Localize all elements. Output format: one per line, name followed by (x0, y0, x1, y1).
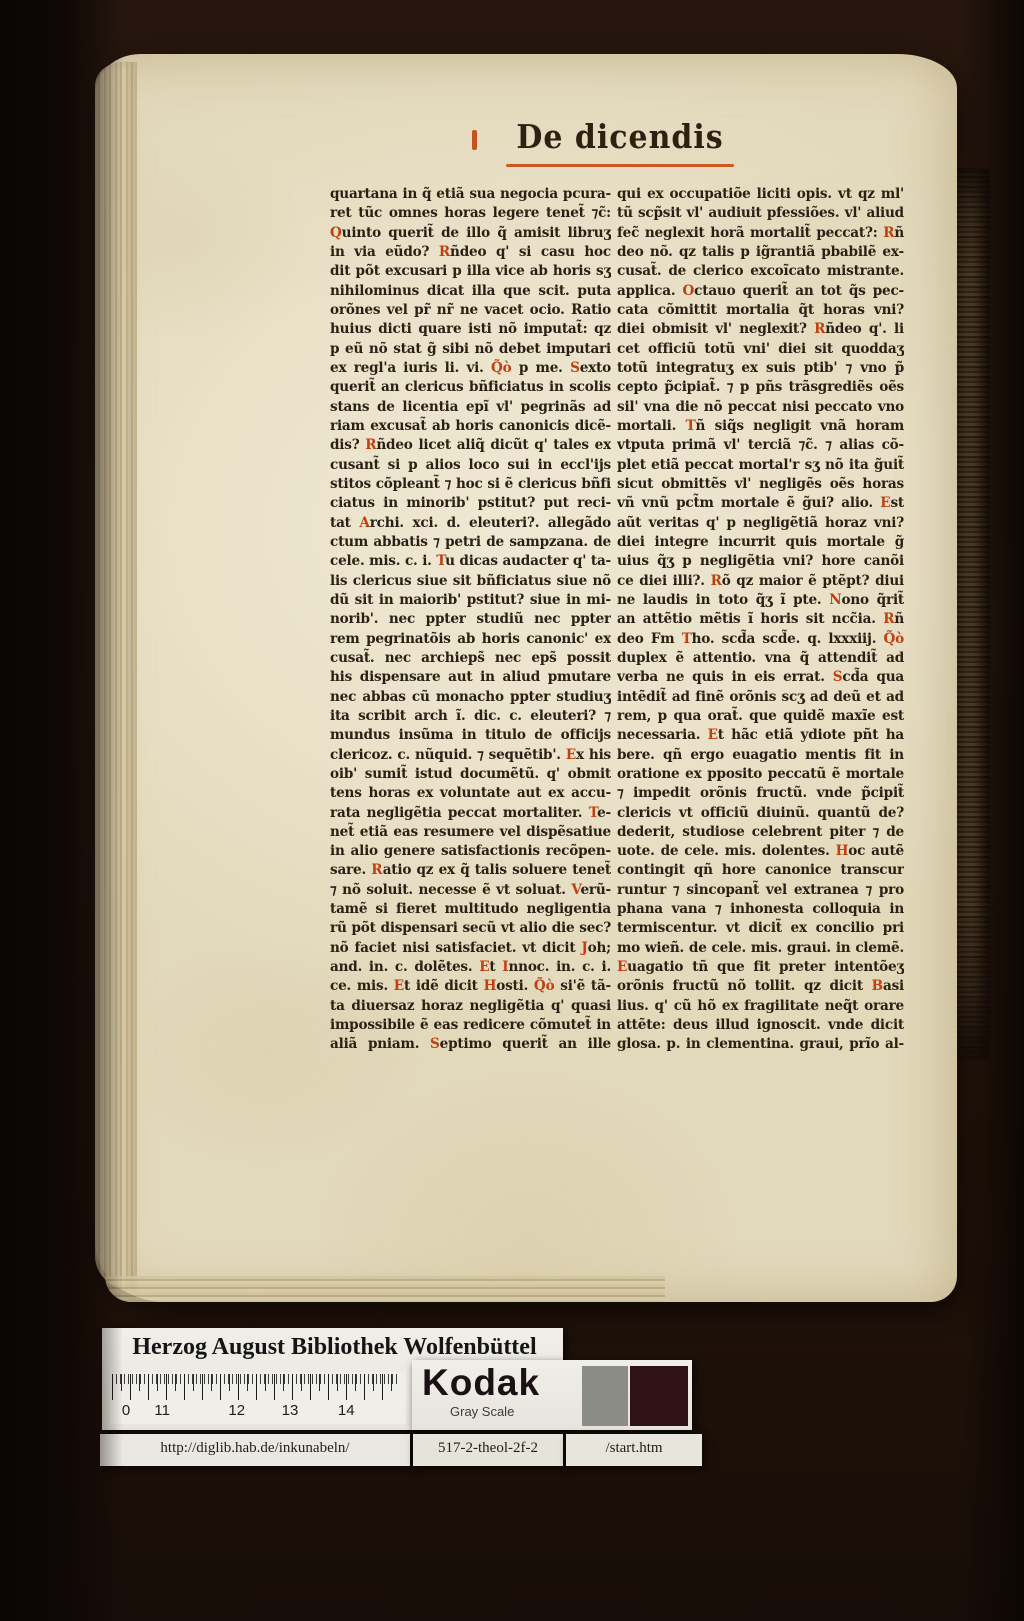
text-line: nõ faciet nisi satisfaciet. vt dicit Joh… (330, 938, 611, 958)
text-column-right: qui ex occupatiõe liciti opis. vt qz ml'… (617, 185, 904, 1055)
text-line: ctum abbatis ⁊ petri de sampzana. de (330, 533, 611, 553)
text-line: runtur ⁊ sincopant̃ vel extranea ⁊ pro (617, 880, 904, 900)
text-line: cusat̃. nec archieps̃ nec eps̃ possit su… (330, 648, 611, 668)
gray-scale-patch-gray (582, 1366, 628, 1426)
text-line: ⁊ nõ soluit. necesse ẽ vt soluat. Verũ- (330, 880, 611, 900)
rubric-initial: S (570, 360, 580, 377)
rubric-initial: S (430, 1036, 440, 1053)
shelfmark: 517-2-theol-2f-2 (413, 1440, 563, 1457)
text-line: mo wieñ. de cele. mis. graui. in clemẽ. (617, 938, 904, 958)
start-page-strip: /start.htm (566, 1434, 702, 1466)
text-line: sare. Ratio qz ex q̃ talis soluere tenet… (330, 861, 611, 881)
fore-edge-shading (952, 168, 990, 1060)
text-line: uote. de cele. mis. dolentes. Hoc autẽ (617, 842, 904, 862)
ruler-label: 14 (338, 1402, 355, 1419)
text-line: vñ vnũ pct̃m mortale ẽ g̃ui? alio. Est (617, 494, 904, 514)
text-line: rata negligẽtia peccat mortaliter. Te- (330, 803, 611, 823)
text-line: riam excusat̃ ab horis canonicis dicẽ- (330, 417, 611, 437)
text-line: ret tũc omnes horas legere tenet̃ ⁊c̃: (330, 204, 611, 224)
text-line: vtputa primã vl' terciã ⁊c̃. ⁊ alias cõ- (617, 436, 904, 456)
rubric-initial: R (883, 224, 894, 241)
ruler-label: 0 (122, 1402, 130, 1419)
text-line: attẽte: deus illud ignoscit. vnde dicit (617, 1016, 904, 1036)
rubric-initial: O (683, 282, 695, 299)
rubric-initial: E (880, 495, 890, 512)
text-line: rũ põt dispensari secũ vt alio die sec? (330, 919, 611, 939)
ruler-label: 13 (282, 1402, 299, 1419)
text-line: querit̃ an clericus bñficiatus in scolis (330, 378, 611, 398)
text-line: quartana in q̃ etiã sua negocia pcura- (330, 185, 611, 205)
rubric-initial: A (359, 514, 369, 531)
text-line: intẽdit̃ ad finẽ orõnis scʒ ad deũ et ad (617, 687, 904, 707)
text-line: ce. mis. Et idẽ dicit Hosti. Q̃ò si'ẽ tã… (330, 977, 611, 997)
text-line: deo nõ. qz talis p ig̃rantiã pbabilẽ ex- (617, 243, 904, 263)
rubric-initial: N (829, 592, 841, 609)
text-line: clericoz. c. nũquid. ⁊ sequẽtib'. Ex his (330, 745, 611, 765)
text-column-left: quartana in q̃ etiã sua negocia pcura-re… (330, 185, 611, 1055)
text-line: deo Fm Tho. scd̃a scd̃e. q. lxxxiij. Q̃ò (617, 629, 904, 649)
text-line: totũ integratuʒ ex suis ptib' ⁊ vno p̃ (617, 359, 904, 379)
text-line: glosa. p. in clementina. graui, prĩo al- (617, 1035, 904, 1055)
text-line: sil' vna die nõ peccat nisi peccato vno (617, 397, 904, 417)
rubric-initial: R (883, 611, 894, 628)
rubric-initial: T (589, 804, 597, 821)
text-line: plet etiã peccat mortal'r sʒ nõ ita g̃ui… (617, 455, 904, 475)
text-line: rem pegrinatõis ab horis canonic' ex (330, 629, 611, 649)
text-line: termiscentur. vt dicit̃ ex concilio pri (617, 919, 904, 939)
text-line: Quinto querit̃ de illo q̃ amisit libruʒ (330, 223, 611, 243)
text-line: in via eũdo? Rñdeo q' si casu hoc acci- (330, 243, 611, 263)
text-line: ta diuersaz horaz negligẽtia q' quasi (330, 996, 611, 1016)
text-line: lius. q' cũ hõ ex fragilitate neq̃t orar… (617, 996, 904, 1016)
text-line: fec̃ neglexit horã mortalit̃ peccat?: Rñ (617, 223, 904, 243)
text-line: tũ scp̃sit vl' audiuit pfessiões. vl' al… (617, 204, 904, 224)
rubric-initial: T (436, 553, 445, 570)
text-line: ⁊ impedit orõnis fructũ. vnde p̃cipit̃ (617, 784, 904, 804)
rubric-initial: Q̃ò (883, 630, 904, 647)
text-line: dit põt excusari p illa vice ab horis sʒ (330, 262, 611, 282)
page-stack-edges-left (95, 62, 137, 1292)
text-line: ne laudis in toto q̃ʒ ĩ pte. Nono q̃rit̃ (617, 591, 904, 611)
text-line: qui ex occupatiõe liciti opis. vt qz ml' (617, 185, 904, 205)
grayscale-label: Gray Scale (450, 1404, 514, 1419)
rubric-initial: Q̃ò (534, 978, 555, 995)
text-line: bere. qñ ergo euagatio mentis fit in (617, 745, 904, 765)
text-line: orõnis fructũ nõ tollit. qz dicit Basi (617, 977, 904, 997)
text-line: in alio genere satisfactionis recõpen- (330, 842, 611, 862)
start-page-link: /start.htm (566, 1440, 702, 1457)
rubric-initial: Q (330, 224, 342, 241)
grayscale-card: Kodak Gray Scale (412, 1360, 692, 1430)
rubric-initial: R (365, 437, 376, 454)
rubric-initial: Q̃ò (491, 360, 512, 377)
text-line: cata cõmittit mortalia q̃t horas vni? (617, 301, 904, 321)
rubric-initial: E (394, 978, 404, 995)
text-line: rem, p qua orat̃. que quidẽ maxĩe est (617, 706, 904, 726)
library-name: Herzog August Bibliothek Wolfenbüttel (112, 1334, 557, 1361)
text-line: cusant̃ si p alios loco sui in eccl'ijs … (330, 455, 611, 475)
text-line: nihilominus dicat illa que scit. puta (330, 281, 611, 301)
text-line: impossibile ẽ eas redicere cõmutet̃ in (330, 1016, 611, 1036)
text-line: dũ sit in maiorib' pstitut? siue in mi- (330, 591, 611, 611)
text-line: tamẽ si fieret multitudo negligentia (330, 900, 611, 920)
rubric-initial: E (566, 746, 576, 763)
text-line: cusat̃. de clerico excoĩcato mistrante. (617, 262, 904, 282)
source-url-strip: http://diglib.hab.de/inkunabeln/ (100, 1434, 410, 1466)
page-stack-edges-bottom (105, 1276, 665, 1302)
text-line: aliã pniam. Septimo querit̃ an ille (330, 1035, 611, 1055)
text-line: verba ne quis in eis errat. Scd̃a qua (617, 668, 904, 688)
text-line: cele. mis. c. i. Tu dicas audacter q' ta… (330, 552, 611, 572)
text-line: and. in. c. dolẽtes. Et Innoc. in. c. i.… (330, 958, 611, 978)
text-line: stans de licentia epĩ vl' pegrinãs ad cu (330, 397, 611, 417)
text-line: ita scribit arch ĩ. dic. c. eleuteri? ⁊ … (330, 706, 611, 726)
text-line: stitos cõpleant̃ ⁊ hoc si ẽ clericus bñf… (330, 475, 611, 495)
rubric-initial: R (814, 321, 825, 338)
text-line: applica. Octauo querit̃ an tot q̃s pec- (617, 281, 904, 301)
text-line: Euagatio tñ que fit preter intentõeʒ (617, 958, 904, 978)
source-url: http://diglib.hab.de/inkunabeln/ (100, 1440, 410, 1457)
text-line: mundus insũma in titulo de officijs (330, 726, 611, 746)
text-line: clericis vt officiũ diuinũ. quantũ de? (617, 803, 904, 823)
scan-photo: De dicendis quartana in q̃ etiã sua nego… (0, 0, 1024, 1621)
gray-scale-patch-dark (630, 1366, 688, 1426)
kodak-logo-text: Kodak (422, 1362, 540, 1404)
text-line: cepto p̃cipiat̃. ⁊ p pñs trãsgrediẽs oẽs (617, 378, 904, 398)
text-line: huius dicti quare isti nõ imputat̃: qz (330, 320, 611, 340)
text-line: p eũ nõ stat g̃ sibi nõ debet imputari (330, 339, 611, 359)
rubric-initial: E (479, 959, 489, 976)
rubric-initial: T (682, 630, 692, 647)
text-line: necessaria. Et hãc etiã ydiote pñt ha (617, 726, 904, 746)
text-line: dis? Rñdeo licet aliq̃ dicũt q' tales ex (330, 436, 611, 456)
text-line: uius q̃ʒ p negligẽtia vni? hore canõi (617, 552, 904, 572)
rubric-initial: R (711, 572, 722, 589)
rubric-initial: S (833, 669, 843, 686)
text-line: oib' sumit̃ istud documẽtũ. q' obmit (330, 764, 611, 784)
ruler-labels: 0 11 12 13 14 (110, 1402, 406, 1422)
ruler-label: 12 (228, 1402, 245, 1419)
running-title-text: De dicendis (516, 119, 723, 157)
text-line: mortali. Tñ siq̃s negligit vnã horam (617, 417, 904, 437)
text-line: dederit, studiose celebrent piter ⁊ de (617, 822, 904, 842)
rubric-initial: B (872, 978, 883, 995)
text-line: an attẽtio mẽtis ĩ horis sit ncc̃ia. Rñ (617, 610, 904, 630)
text-line: oratione ex pposito peccatũ ẽ mortale (617, 764, 904, 784)
rubric-initial: T (686, 418, 696, 435)
text-line: lis clericus siue sit bñficiatus siue nõ (330, 571, 611, 591)
running-title: De dicendis (470, 120, 770, 168)
text-line: tens horas ex voluntate aut ex accu- (330, 784, 611, 804)
rubric-initial: R (371, 862, 382, 879)
text-line: sicut obmittẽs vl' negligẽs oẽs horas (617, 475, 904, 495)
rubric-initial: H (484, 978, 497, 995)
text-line: orõnes vel pr̃ nr̃ ne vacet ocio. Ratio (330, 301, 611, 321)
text-line: nec abbas cũ monacho ppter studiuʒ (330, 687, 611, 707)
rubric-initial: E (708, 727, 718, 744)
book-fore-edge (952, 168, 990, 1060)
text-line: ce diei illi?. Rõ qz maior ẽ ptẽpt? diui (617, 571, 904, 591)
text-line: ex regl'a iuris li. vi. Q̃ò p me. Sexto (330, 359, 611, 379)
rubric-initial: E (617, 959, 627, 976)
text-line: cet officiũ totũ vni' diei sit quoddaʒ (617, 339, 904, 359)
text-line: net̃ etiã eas resumere vel dispẽsatiue (330, 822, 611, 842)
text-line: tat Archi. xci. d. eleuteri?. allegãdo d… (330, 513, 611, 533)
text-line: his dispensare aut in aliud pmutare (330, 668, 611, 688)
text-line: diei integre incurrit quis mortale g̃ (617, 533, 904, 553)
ruler-ticks (112, 1374, 400, 1400)
ruler: 0 11 12 13 14 (110, 1372, 406, 1424)
text-line: duplex ẽ attentio. vna q̃ attendit̃ ad (617, 648, 904, 668)
ruler-label: 11 (154, 1402, 170, 1419)
rubric-accent-mark (472, 130, 477, 150)
text-line: phana vana ⁊ inhonesta colloquia in (617, 900, 904, 920)
rubric-initial: H (836, 843, 849, 860)
text-line: contingit qñ hore canonice transcur (617, 861, 904, 881)
rubric-underline (506, 164, 734, 167)
text-line: norib'. nec ppter studiũ nec ppter labo (330, 610, 611, 630)
text-line: diei obmisit vl' neglexit? Rñdeo q'. li (617, 320, 904, 340)
text-line: aũt veritas q' p negligẽtiã horaz vni? (617, 513, 904, 533)
shelfmark-strip: 517-2-theol-2f-2 (413, 1434, 563, 1466)
text-line: ciatus in minorib' pstitut? put reci- (330, 494, 611, 514)
rubric-initial: R (439, 244, 450, 261)
